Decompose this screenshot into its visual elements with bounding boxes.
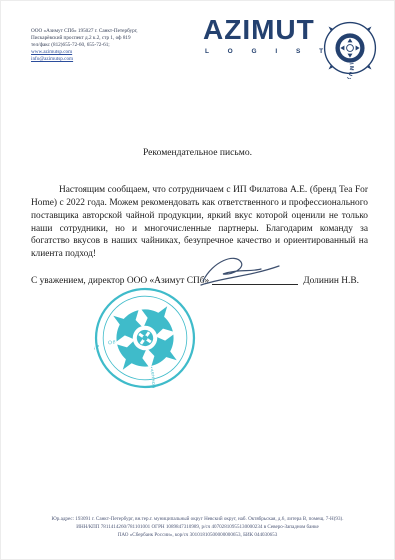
footer-line-bank: ПАО «Сбербанк России», кор/сч 3010181050… xyxy=(9,531,386,539)
logo-wordmark: AZIMUT xyxy=(203,14,315,46)
contact-line-address: Пискарёвский проспект д.2 к.2, стр 1, оф… xyxy=(31,35,171,42)
signature-prefix: С уважением, директор ООО «Азимут СПб» xyxy=(31,276,209,286)
company-logo: AZIMUT L O G I S T I C AZIMUT AZIMUT AZI… xyxy=(203,14,383,88)
contact-line-phone: тел/факс (812)655-72-60, 655-72-61; xyxy=(31,42,171,49)
letter-page: ООО «Азимут СПб» 195027 г. Санкт-Петербу… xyxy=(0,0,395,560)
footer-requisites: Юр.адрес: 193091 г. Санкт-Петербург, вн.… xyxy=(9,515,386,540)
compass-emblem-icon: AZIMUT AZIMUT AZIMUT AZIMUT xyxy=(319,17,381,79)
footer-line-address: Юр.адрес: 193091 г. Санкт-Петербург, вн.… xyxy=(9,515,386,523)
website-link[interactable]: www.azimutsp.com xyxy=(31,49,171,56)
letter-body: Настоящим сообщаем, что сотрудничаем с И… xyxy=(31,184,368,260)
handwritten-signature-icon xyxy=(199,253,285,291)
header-contact-block: ООО «Азимут СПб» 195027 г. Санкт-Петербу… xyxy=(31,28,171,63)
footer-line-inn: ИНН/КПП 7811414260/781101001 ОГРН 108984… xyxy=(9,523,386,531)
company-stamp-icon: Общество с ограниченной ответственностью… xyxy=(94,287,196,389)
email-link[interactable]: info@azimutsp.com xyxy=(31,56,171,63)
contact-line-company: ООО «Азимут СПб» 195027 г. Санкт-Петербу… xyxy=(31,28,171,35)
letter-title: Рекомендательное письмо. xyxy=(1,147,394,158)
signatory-name: Долинин Н.В. xyxy=(303,276,359,286)
